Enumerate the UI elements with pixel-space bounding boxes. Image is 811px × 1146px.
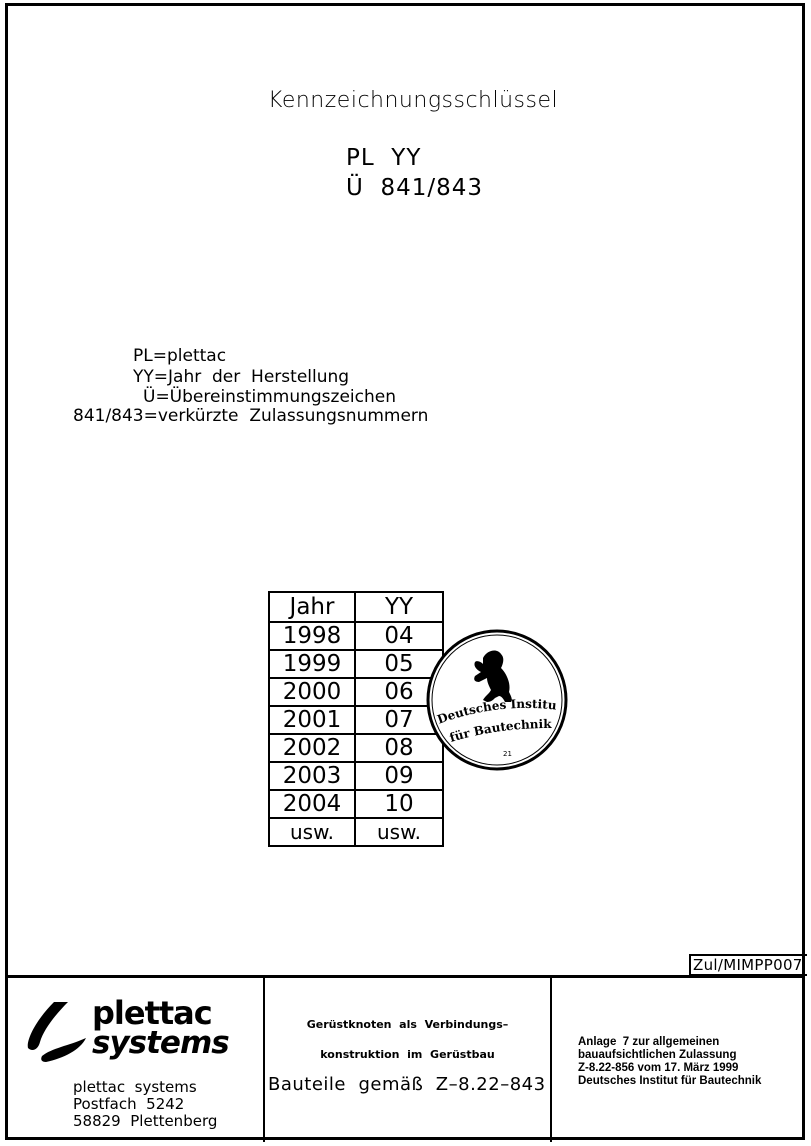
component-description-line-1: Gerüstknoten als Verbindungs– [265,1018,550,1031]
footer-column-divider [550,976,552,1142]
table-row: 1998 04 [269,622,443,650]
address-line: Postfach 5242 [73,1096,217,1113]
cell-year: 2001 [269,706,355,734]
table-row: 2001 07 [269,706,443,734]
table-row: 2003 09 [269,762,443,790]
company-logo-text: plettac systems [92,998,229,1058]
cell-year: 2003 [269,762,355,790]
table-row: 2004 10 [269,790,443,818]
legend-item: 841/843=verkürzte Zulassungsnummern [73,406,428,426]
logo-plettac: plettac [92,998,229,1028]
marking-code-line-1: PL YY [346,145,421,171]
cell-year: 2000 [269,678,355,706]
cell-year: 1999 [269,650,355,678]
approval-annex-info: Anlage 7 zur allgemeinen bauaufsichtlich… [578,1036,761,1088]
legend-item: YY=Jahr der Herstellung [133,367,349,387]
dibt-stamp: Deutsches Institut für Bautechnik 21 [425,628,569,772]
cell-year: 1998 [269,622,355,650]
year-code-table: Jahr YY 1998 04 1999 05 2000 06 2001 07 … [268,591,444,847]
legend-item: Ü=Übereinstimmungszeichen [143,387,396,407]
address-line: plettac systems [73,1079,217,1096]
table-row: 1999 05 [269,650,443,678]
company-address: plettac systems Postfach 5242 58829 Plet… [73,1079,217,1130]
annex-line: bauaufsichtlichen Zulassung [578,1049,761,1062]
cell-code: usw. [355,818,443,846]
annex-line: Anlage 7 zur allgemeinen [578,1036,761,1049]
annex-line: Z-8.22-856 vom 17. März 1999 [578,1062,761,1075]
cell-year: 2002 [269,734,355,762]
marking-code-line-2: Ü 841/843 [346,175,483,201]
component-description-line-2: konstruktion im Gerüstbau [265,1048,550,1061]
annex-line: Deutsches Institut für Bautechnik [578,1075,761,1088]
table-row: 2000 06 [269,678,443,706]
table-row: usw. usw. [269,818,443,846]
component-reference: Bauteile gemäß Z–8.22–843 [268,1074,546,1095]
logo-systems: systems [92,1028,229,1058]
page-frame [5,3,805,1140]
page-title: Kennzeichnungsschlüssel [268,88,558,113]
stamp-number: 21 [503,750,512,758]
document-id: Zul/MIMPP007 [689,954,807,976]
table-row: 2002 08 [269,734,443,762]
header-jahr: Jahr [269,592,355,622]
legend-item: PL=plettac [133,346,226,366]
footer-divider [5,975,805,978]
address-line: 58829 Plettenberg [73,1113,217,1130]
cell-year: usw. [269,818,355,846]
cell-year: 2004 [269,790,355,818]
table-header-row: Jahr YY [269,592,443,622]
cell-code: 10 [355,790,443,818]
header-yy: YY [355,592,443,622]
